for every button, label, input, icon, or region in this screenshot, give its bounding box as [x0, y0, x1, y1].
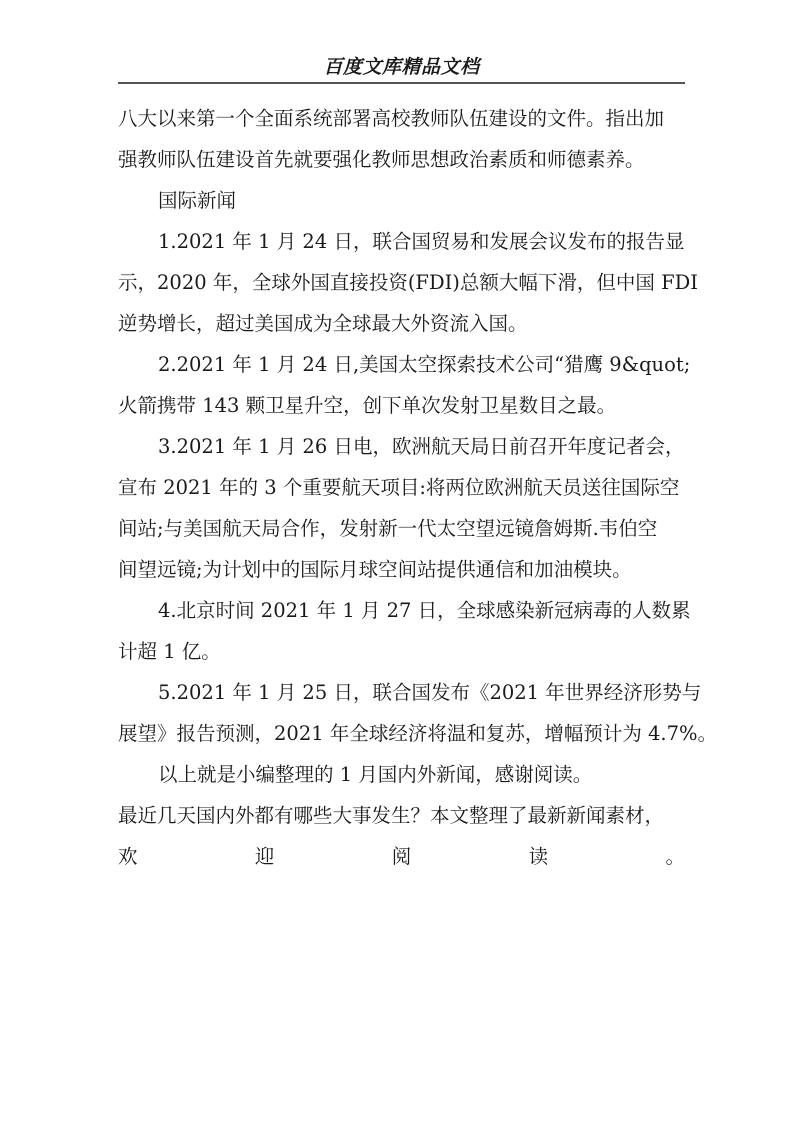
section-heading-international-news: 国际新闻: [118, 180, 685, 221]
document-page: 百度文库精品文档 八大以来第一个全面系统部署高校教师队伍建设的文件。指出加 强教…: [0, 0, 804, 1137]
news-item-3: 3.2021 年 1 月 26 日电，欧洲航天局日前召开年度记者会，: [118, 426, 685, 467]
news-item-2: 2.2021 年 1 月 24 日,美国太空探索技术公司“猎鹰 9&quot;: [118, 344, 685, 385]
text-line: 展望》报告预测，2021 年全球经济将温和复苏，增幅预计为 4.7%。: [118, 713, 685, 754]
spread-char: 迎: [255, 836, 275, 877]
text-line: 最近几天国内外都有哪些大事发生？本文整理了最新新闻素材，: [118, 795, 685, 836]
text-line: 计超 1 亿。: [118, 631, 685, 672]
text-line: 宣布 2021 年的 3 个重要航天项目:将两位欧洲航天员送往国际空: [118, 467, 685, 508]
text-line: 八大以来第一个全面系统部署高校教师队伍建设的文件。指出加: [118, 98, 685, 139]
text-line: 间望远镜;为计划中的国际月球空间站提供通信和加油模块。: [118, 549, 685, 590]
spread-char: 欢: [118, 836, 138, 877]
document-body: 八大以来第一个全面系统部署高校教师队伍建设的文件。指出加 强教师队伍建设首先就要…: [118, 98, 685, 877]
spread-char: 。: [665, 836, 685, 877]
spread-text-line: 欢 迎 阅 读 。: [118, 836, 685, 877]
closing-note: 以上就是小编整理的 1 月国内外新闻，感谢阅读。: [118, 754, 685, 795]
text-line: 示，2020 年，全球外国直接投资(FDI)总额大幅下滑，但中国 FDI: [118, 262, 685, 303]
spread-char: 读: [529, 836, 549, 877]
news-item-1: 1.2021 年 1 月 24 日，联合国贸易和发展会议发布的报告显: [118, 221, 685, 262]
document-header-title: 百度文库精品文档: [118, 52, 685, 79]
news-item-5: 5.2021 年 1 月 25 日，联合国发布《2021 年世界经济形势与: [118, 672, 685, 713]
spread-char: 阅: [392, 836, 412, 877]
news-item-4: 4.北京时间 2021 年 1 月 27 日，全球感染新冠病毒的人数累: [118, 590, 685, 631]
header-divider: [118, 82, 685, 84]
text-line: 强教师队伍建设首先就要强化教师思想政治素质和师德素养。: [118, 139, 685, 180]
text-line: 火箭携带 143 颗卫星升空，创下单次发射卫星数目之最。: [118, 385, 685, 426]
text-line: 间站;与美国航天局合作，发射新一代太空望远镜詹姆斯.韦伯空: [118, 508, 685, 549]
text-line: 逆势增长，超过美国成为全球最大外资流入国。: [118, 303, 685, 344]
